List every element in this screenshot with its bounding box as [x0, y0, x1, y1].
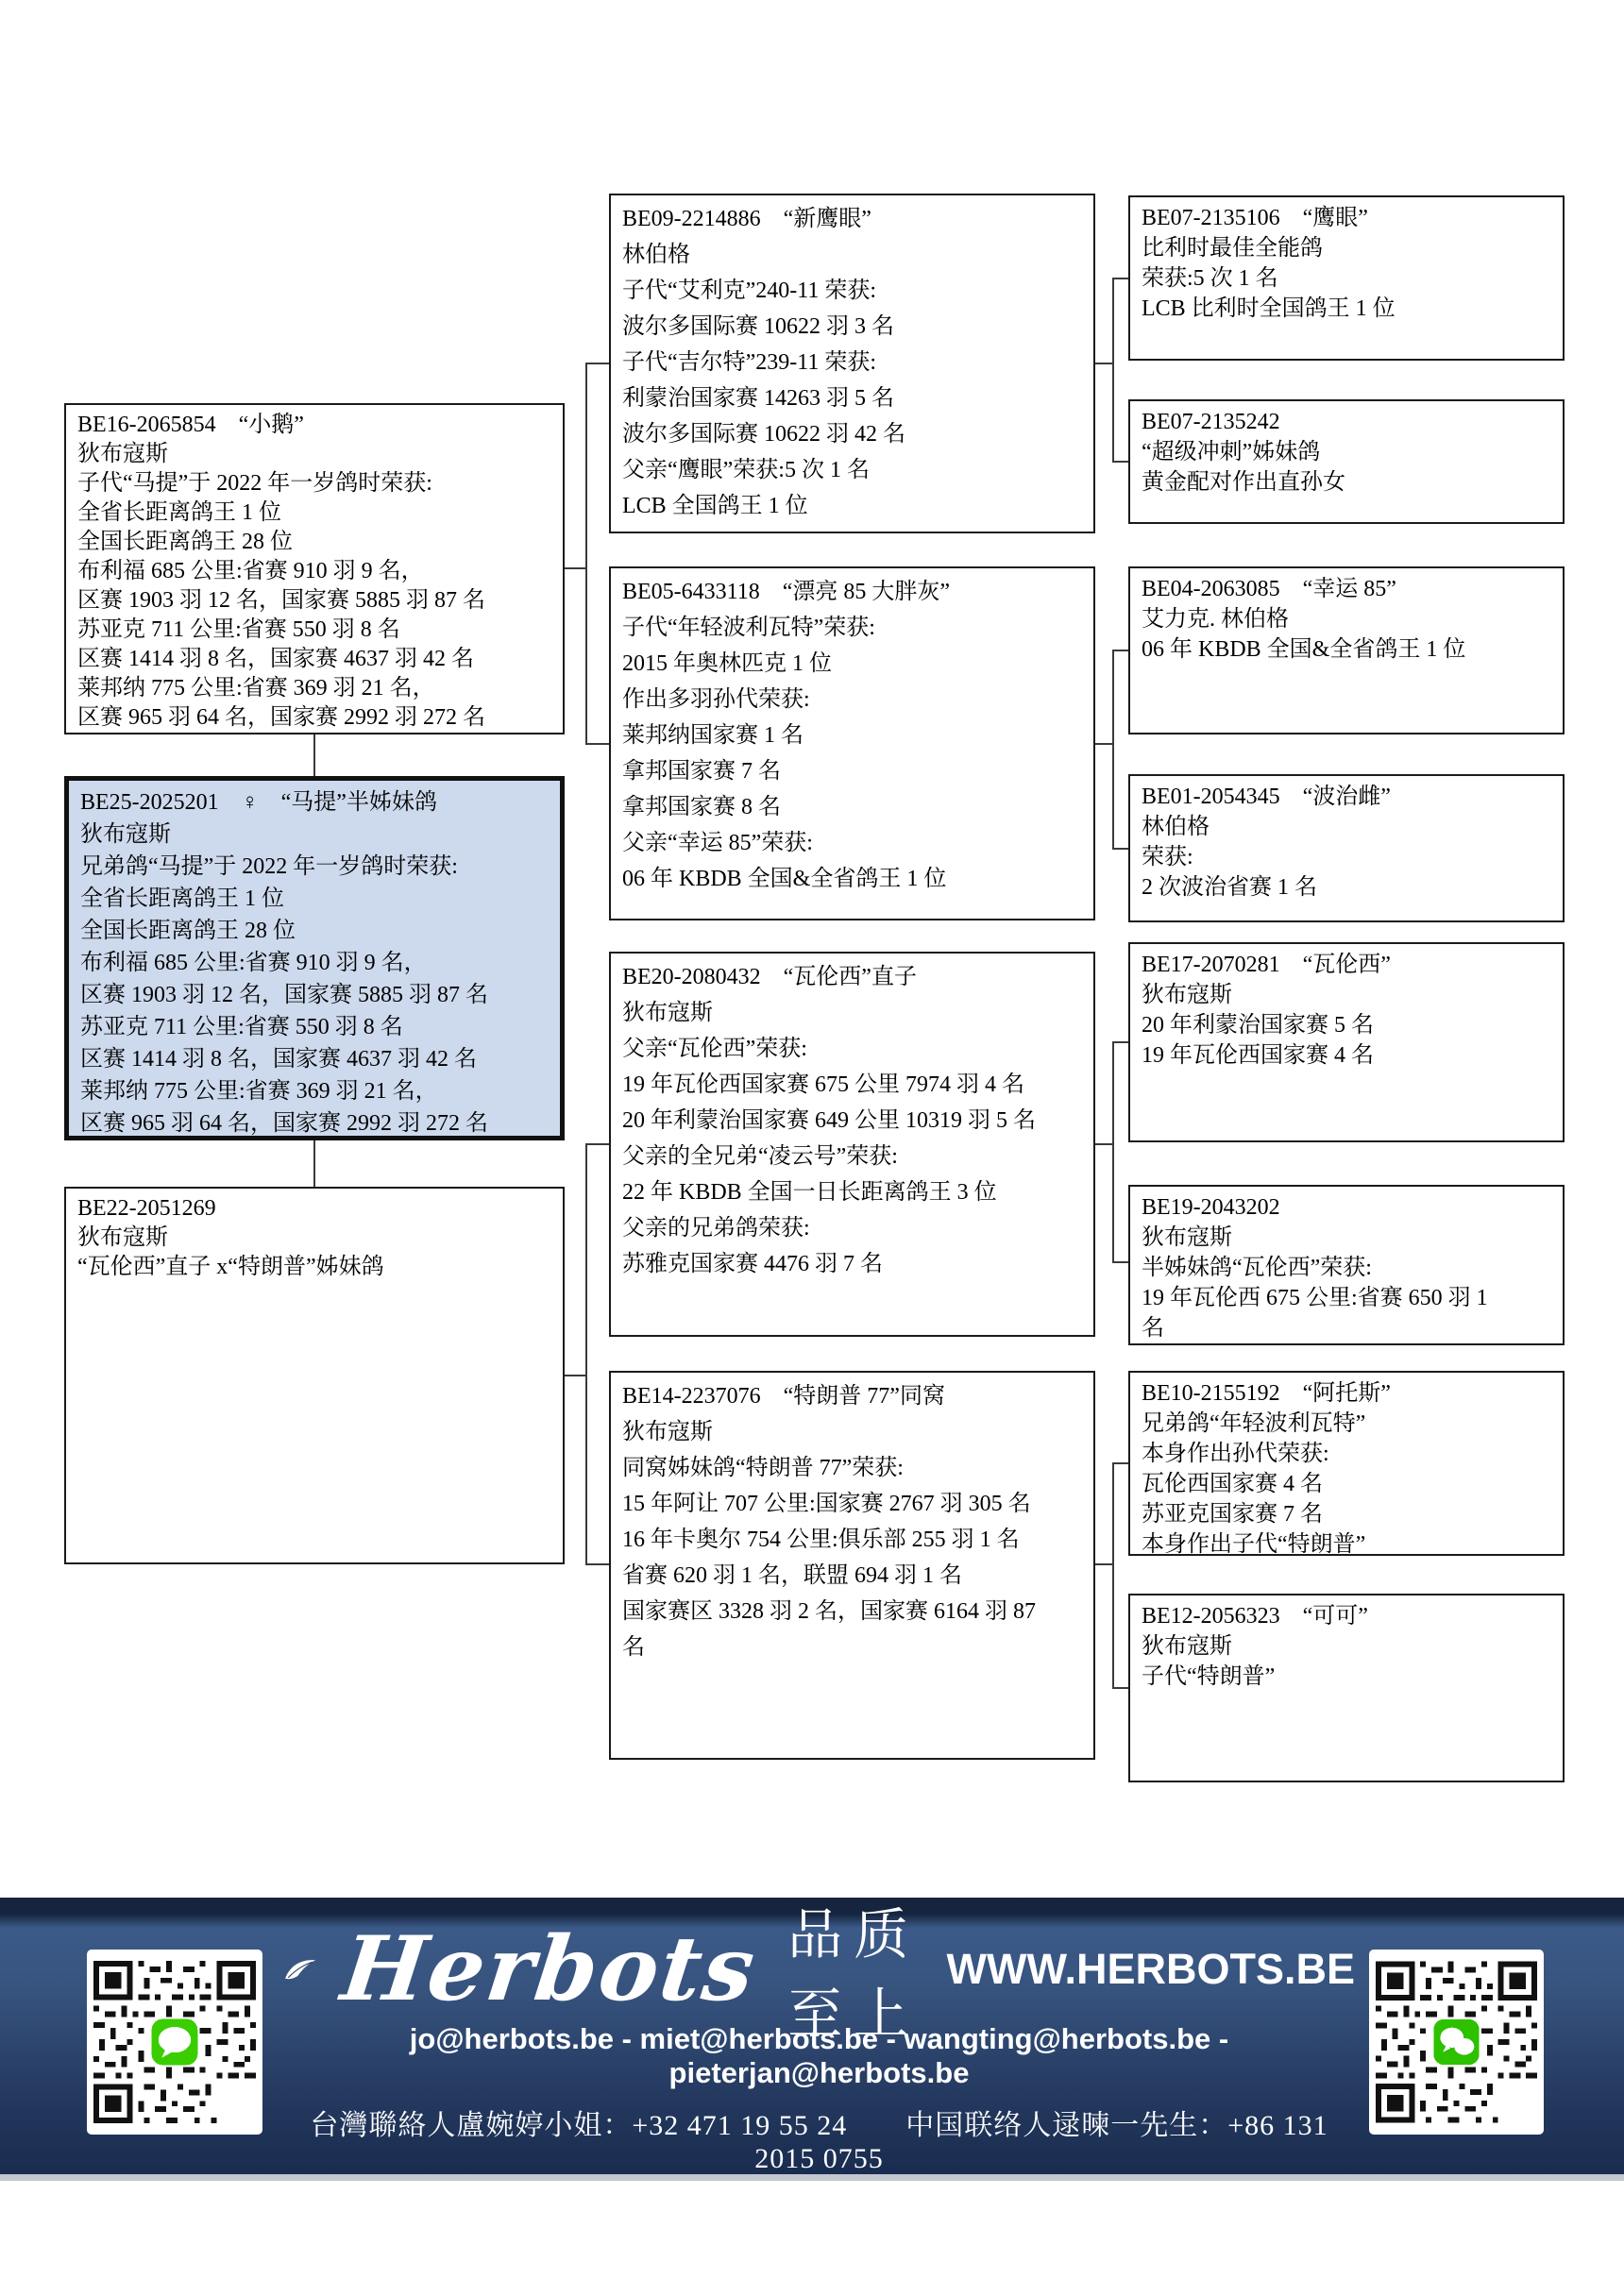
pedigree-text-line: 狄布寇斯	[1142, 980, 1551, 1010]
connector-trunk-be16	[585, 363, 587, 745]
pedigree-text-line: BE04-2063085 “幸运 85”	[1142, 574, 1551, 604]
pedigree-text-line: 狄布寇斯	[1142, 1223, 1551, 1253]
pedigree-box-be25-2025201-highlighted: BE25-2025201 ♀ “马提”半姊妹鸽狄布寇斯兄弟鸽“马提”于 2022…	[64, 776, 565, 1140]
connector-be22-stub	[565, 1375, 587, 1376]
pedigree-text-line: 同窝姊妹鸽“特朗普 77”荣获:	[622, 1450, 1082, 1486]
pedigree-text-line: 区赛 1903 羽 12 名，国家赛 5885 羽 87 名	[80, 979, 549, 1011]
brand-logo-text: Herbots	[337, 1925, 760, 2014]
pedigree-text-line: 区赛 965 羽 64 名，国家赛 2992 羽 272 名	[77, 703, 551, 733]
pedigree-box-be22-2051269: BE22-2051269狄布寇斯“瓦伦西”直子 x“特朗普”姊妹鸽	[64, 1187, 565, 1564]
pedigree-box-be12-2056323: BE12-2056323 “可可”狄布寇斯子代“特朗普”	[1128, 1594, 1565, 1782]
pedigree-text-line: BE22-2051269	[77, 1194, 551, 1224]
pedigree-text-line: 全国长距离鸽王 28 位	[77, 528, 551, 557]
connector-trunk-be22	[585, 1143, 587, 1565]
pedigree-text-line: BE16-2065854 “小鹅”	[77, 411, 551, 440]
connector-stub-be09	[585, 363, 609, 364]
pedigree-text-line: 荣获:5 次 1 名	[1142, 263, 1551, 294]
pedigree-text-line: 莱邦纳 775 公里:省赛 369 羽 21 名，	[77, 674, 551, 703]
pedigree-text-line: 林伯格	[622, 237, 1082, 273]
pedigree-text-line: 子代“特朗普”	[1142, 1662, 1551, 1692]
pedigree-text-line: BE17-2070281 “瓦伦西”	[1142, 950, 1551, 980]
connector-trunk-be20	[1112, 1041, 1114, 1263]
pedigree-box-be09-2214886: BE09-2214886 “新鹰眼”林伯格子代“艾利克”240-11 荣获:波尔…	[609, 194, 1095, 533]
pedigree-text-line: 苏亚克国家赛 7 名	[1142, 1499, 1551, 1529]
pedigree-text-line: 子代“吉尔特”239-11 荣获:	[622, 345, 1082, 380]
pedigree-text-line: “瓦伦西”直子 x“特朗普”姊妹鸽	[77, 1253, 551, 1282]
pedigree-text-line: 15 年阿让 707 公里:国家赛 2767 羽 305 名	[622, 1486, 1082, 1522]
pedigree-text-line: BE01-2054345 “波治雌”	[1142, 782, 1551, 812]
pedigree-box-be16-2065854: BE16-2065854 “小鹅”狄布寇斯子代“马提”于 2022 年一岁鸽时荣…	[64, 403, 565, 734]
connector-trunk-be05	[1112, 650, 1114, 850]
pedigree-box-be05-6433118: BE05-6433118 “漂亮 85 大胖灰”子代“年轻波利瓦特”荣获:201…	[609, 566, 1095, 920]
pedigree-text-line: 06 年 KBDB 全国&全省鸽王 1 位	[1142, 634, 1551, 665]
brand-row: Herbots 品质至上 WWW.HERBOTS.BE	[283, 1920, 1355, 2018]
line-qr-svg	[93, 1956, 256, 2128]
pedigree-text-line: BE07-2135242	[1142, 407, 1551, 437]
pedigree-text-line: 狄布寇斯	[622, 995, 1082, 1031]
connector-stub-be07a	[1112, 278, 1128, 279]
pedigree-text-line: BE10-2155192 “阿托斯”	[1142, 1378, 1551, 1409]
pedigree-text-line: 拿邦国家赛 7 名	[622, 753, 1082, 789]
pedigree-text-line: LCB 比利时全国鸽王 1 位	[1142, 294, 1551, 324]
pedigree-box-be07-2135242: BE07-2135242“超级冲刺”姊妹鸽黄金配对作出直孙女	[1128, 399, 1565, 524]
pedigree-text-line: 兄弟鸽“马提”于 2022 年一岁鸽时荣获:	[80, 851, 549, 883]
connector-stub-be14	[585, 1563, 609, 1565]
pedigree-text-line: 子代“马提”于 2022 年一岁鸽时荣获:	[77, 469, 551, 498]
wechat-icon	[1433, 2019, 1479, 2065]
footer-content: Herbots 品质至上 WWW.HERBOTS.BE jo@herbots.b…	[283, 1898, 1355, 2181]
pedigree-text-line: 父亲“鹰眼”荣获:5 次 1 名	[622, 452, 1082, 488]
pedigree-text-line: 2 次波治省赛 1 名	[1142, 872, 1551, 903]
pedigree-text-line: 子代“年轻波利瓦特”荣获:	[622, 610, 1082, 646]
pedigree-text-line: 省赛 620 羽 1 名，联盟 694 羽 1 名	[622, 1558, 1082, 1594]
pedigree-text-line: BE14-2237076 “特朗普 77”同窝	[622, 1378, 1082, 1414]
pedigree-box-be01-2054345: BE01-2054345 “波治雌”林伯格荣获:2 次波治省赛 1 名	[1128, 774, 1565, 922]
pedigree-text-line: 本身作出子代“特朗普”	[1142, 1529, 1551, 1560]
contact-phone-line: 台灣聯絡人盧婉婷小姐：+32 471 19 55 24 中国联络人逯暕一先生：+…	[283, 2102, 1355, 2175]
connector-trunk-be09	[1112, 278, 1114, 463]
pedigree-text-line: 狄布寇斯	[77, 440, 551, 469]
pedigree-text-line: 利蒙治国家赛 14263 羽 5 名	[622, 380, 1082, 416]
pedigree-box-be04-2063085: BE04-2063085 “幸运 85”艾力克. 林伯格06 年 KBDB 全国…	[1128, 566, 1565, 734]
pedigree-text-line: “超级冲刺”姊妹鸽	[1142, 437, 1551, 467]
pedigree-text-line: 父亲“幸运 85”荣获:	[622, 825, 1082, 861]
connector-be25-be22	[313, 1140, 315, 1187]
connector-stub-be17	[1112, 1041, 1128, 1043]
pedigree-text-line: 父亲的全兄弟“凌云号”荣获:	[622, 1139, 1082, 1174]
connector-stub-be20	[585, 1143, 609, 1145]
connector-be16-be25	[313, 734, 315, 776]
website-url: WWW.HERBOTS.BE	[947, 1945, 1355, 1994]
pedigree-text-line: 莱邦纳国家赛 1 名	[622, 717, 1082, 753]
connector-stub-be07b	[1112, 461, 1128, 463]
pedigree-text-line: 20 年利蒙治国家赛 5 名	[1142, 1010, 1551, 1040]
pedigree-text-line: 区赛 1414 羽 8 名，国家赛 4637 羽 42 名	[80, 1043, 549, 1075]
pedigree-text-line: 19 年瓦伦西国家赛 4 名	[1142, 1040, 1551, 1071]
connector-be16-stub	[565, 567, 587, 569]
connector-stub-be01	[1112, 848, 1128, 850]
pedigree-text-line: 狄布寇斯	[80, 819, 549, 851]
connector-stub-be10	[1112, 1462, 1128, 1464]
pedigree-text-line: 荣获:	[1142, 842, 1551, 872]
connector-be14-stub	[1095, 1563, 1112, 1565]
pedigree-text-line: BE12-2056323 “可可”	[1142, 1601, 1551, 1631]
connector-be09-stub	[1095, 363, 1112, 364]
pedigree-text-line: 名	[1142, 1313, 1551, 1343]
line-app-icon	[152, 2019, 198, 2066]
wechat-qr-code	[1369, 1950, 1544, 2135]
pedigree-text-line: 父亲“瓦伦西”荣获:	[622, 1031, 1082, 1067]
pedigree-text-line: LCB 全国鸽王 1 位	[622, 488, 1082, 524]
pedigree-text-line: 莱邦纳 775 公里:省赛 369 羽 21 名，	[80, 1075, 549, 1107]
email-addresses: jo@herbots.be - miet@herbots.be - wangti…	[283, 2022, 1355, 2090]
pedigree-box-be07-2135106: BE07-2135106 “鹰眼”比利时最佳全能鸽荣获:5 次 1 名LCB 比…	[1128, 195, 1565, 361]
pedigree-text-line: 19 年瓦伦西国家赛 675 公里 7974 羽 4 名	[622, 1067, 1082, 1103]
connector-stub-be04	[1112, 650, 1128, 651]
pedigree-text-line: 全省长距离鸽王 1 位	[80, 883, 549, 915]
pedigree-text-line: 区赛 965 羽 64 名，国家赛 2992 羽 272 名	[80, 1107, 549, 1140]
pedigree-box-be10-2155192: BE10-2155192 “阿托斯”兄弟鸽“年轻波利瓦特”本身作出孙代荣获:瓦伦…	[1128, 1371, 1565, 1556]
pedigree-text-line: 06 年 KBDB 全国&全省鸽王 1 位	[622, 861, 1082, 897]
pedigree-text-line: 区赛 1903 羽 12 名，国家赛 5885 羽 87 名	[77, 586, 551, 616]
pedigree-text-line: 苏亚克 711 公里:省赛 550 羽 8 名	[80, 1011, 549, 1043]
pedigree-text-line: BE09-2214886 “新鹰眼”	[622, 201, 1082, 237]
footer-banner: Herbots 品质至上 WWW.HERBOTS.BE jo@herbots.b…	[0, 1898, 1624, 2181]
pedigree-text-line: 比利时最佳全能鸽	[1142, 233, 1551, 263]
connector-stub-be12	[1112, 1687, 1128, 1689]
feather-icon	[283, 1944, 318, 1995]
pedigree-text-line: 区赛 1414 羽 8 名，国家赛 4637 羽 42 名	[77, 645, 551, 674]
pedigree-text-line: 本身作出孙代荣获:	[1142, 1439, 1551, 1469]
pedigree-text-line: 布利福 685 公里:省赛 910 羽 9 名，	[80, 947, 549, 979]
pedigree-text-line: BE25-2025201 ♀ “马提”半姊妹鸽	[80, 786, 549, 819]
pedigree-text-line: 苏雅克国家赛 4476 羽 7 名	[622, 1246, 1082, 1282]
pedigree-text-line: 父亲的兄弟鸽荣获:	[622, 1210, 1082, 1246]
pedigree-text-line: 19 年瓦伦西 675 公里:省赛 650 羽 1	[1142, 1283, 1551, 1313]
wechat-qr-svg	[1376, 1956, 1537, 2128]
connector-stub-be05	[585, 743, 609, 745]
pedigree-text-line: 全国长距离鸽王 28 位	[80, 915, 549, 947]
pedigree-box-be17-2070281: BE17-2070281 “瓦伦西”狄布寇斯20 年利蒙治国家赛 5 名19 年…	[1128, 942, 1565, 1142]
pedigree-text-line: 苏亚克 711 公里:省赛 550 羽 8 名	[77, 616, 551, 645]
pedigree-text-line: 波尔多国际赛 10622 羽 42 名	[622, 416, 1082, 452]
pedigree-text-line: 16 年卡奥尔 754 公里:俱乐部 255 羽 1 名	[622, 1522, 1082, 1558]
pedigree-text-line: 黄金配对作出直孙女	[1142, 467, 1551, 498]
pedigree-text-line: 瓦伦西国家赛 4 名	[1142, 1469, 1551, 1499]
pedigree-chart: BE16-2065854 “小鹅”狄布寇斯子代“马提”于 2022 年一岁鸽时荣…	[0, 0, 1624, 2296]
pedigree-text-line: 国家赛区 3328 羽 2 名，国家赛 6164 羽 87	[622, 1594, 1082, 1629]
pedigree-text-line: 2015 年奥林匹克 1 位	[622, 646, 1082, 682]
pedigree-text-line: BE20-2080432 “瓦伦西”直子	[622, 959, 1082, 995]
pedigree-box-be20-2080432: BE20-2080432 “瓦伦西”直子狄布寇斯父亲“瓦伦西”荣获:19 年瓦伦…	[609, 952, 1095, 1337]
pedigree-text-line: 全省长距离鸽王 1 位	[77, 498, 551, 528]
pedigree-text-line: 子代“艾利克”240-11 荣获:	[622, 273, 1082, 309]
pedigree-text-line: 林伯格	[1142, 812, 1551, 842]
connector-trunk-be14	[1112, 1462, 1114, 1689]
pedigree-box-be19-2043202: BE19-2043202狄布寇斯半姊妹鸽“瓦伦西”荣获:19 年瓦伦西 675 …	[1128, 1185, 1565, 1345]
pedigree-text-line: BE07-2135106 “鹰眼”	[1142, 203, 1551, 233]
pedigree-text-line: 波尔多国际赛 10622 羽 3 名	[622, 309, 1082, 345]
pedigree-text-line: 狄布寇斯	[1142, 1631, 1551, 1662]
pedigree-text-line: 艾力克. 林伯格	[1142, 604, 1551, 634]
pedigree-text-line: 兄弟鸽“年轻波利瓦特”	[1142, 1409, 1551, 1439]
pedigree-text-line: 作出多羽孙代荣获:	[622, 682, 1082, 717]
pedigree-text-line: 名	[622, 1629, 1082, 1665]
pedigree-text-line: 半姊妹鸽“瓦伦西”荣获:	[1142, 1253, 1551, 1283]
connector-stub-be19	[1112, 1261, 1128, 1263]
connector-be05-stub	[1095, 743, 1112, 745]
pedigree-text-line: 22 年 KBDB 全国一日长距离鸽王 3 位	[622, 1174, 1082, 1210]
pedigree-text-line: BE05-6433118 “漂亮 85 大胖灰”	[622, 574, 1082, 610]
pedigree-text-line: 20 年利蒙治国家赛 649 公里 10319 羽 5 名	[622, 1103, 1082, 1139]
pedigree-box-be14-2237076: BE14-2237076 “特朗普 77”同窝狄布寇斯同窝姊妹鸽“特朗普 77”…	[609, 1371, 1095, 1760]
pedigree-text-line: BE19-2043202	[1142, 1192, 1551, 1223]
pedigree-text-line: 狄布寇斯	[622, 1414, 1082, 1450]
pedigree-text-line: 布利福 685 公里:省赛 910 羽 9 名，	[77, 557, 551, 586]
pedigree-text-line: 狄布寇斯	[77, 1224, 551, 1253]
pedigree-text-line: 拿邦国家赛 8 名	[622, 789, 1082, 825]
line-qr-code	[87, 1950, 262, 2135]
footer-slogan: 贺伯特家族...秉持品质第一与诚实可靠，力求提供完美的服务！	[283, 2188, 1355, 2296]
connector-be20-stub	[1095, 1143, 1112, 1145]
